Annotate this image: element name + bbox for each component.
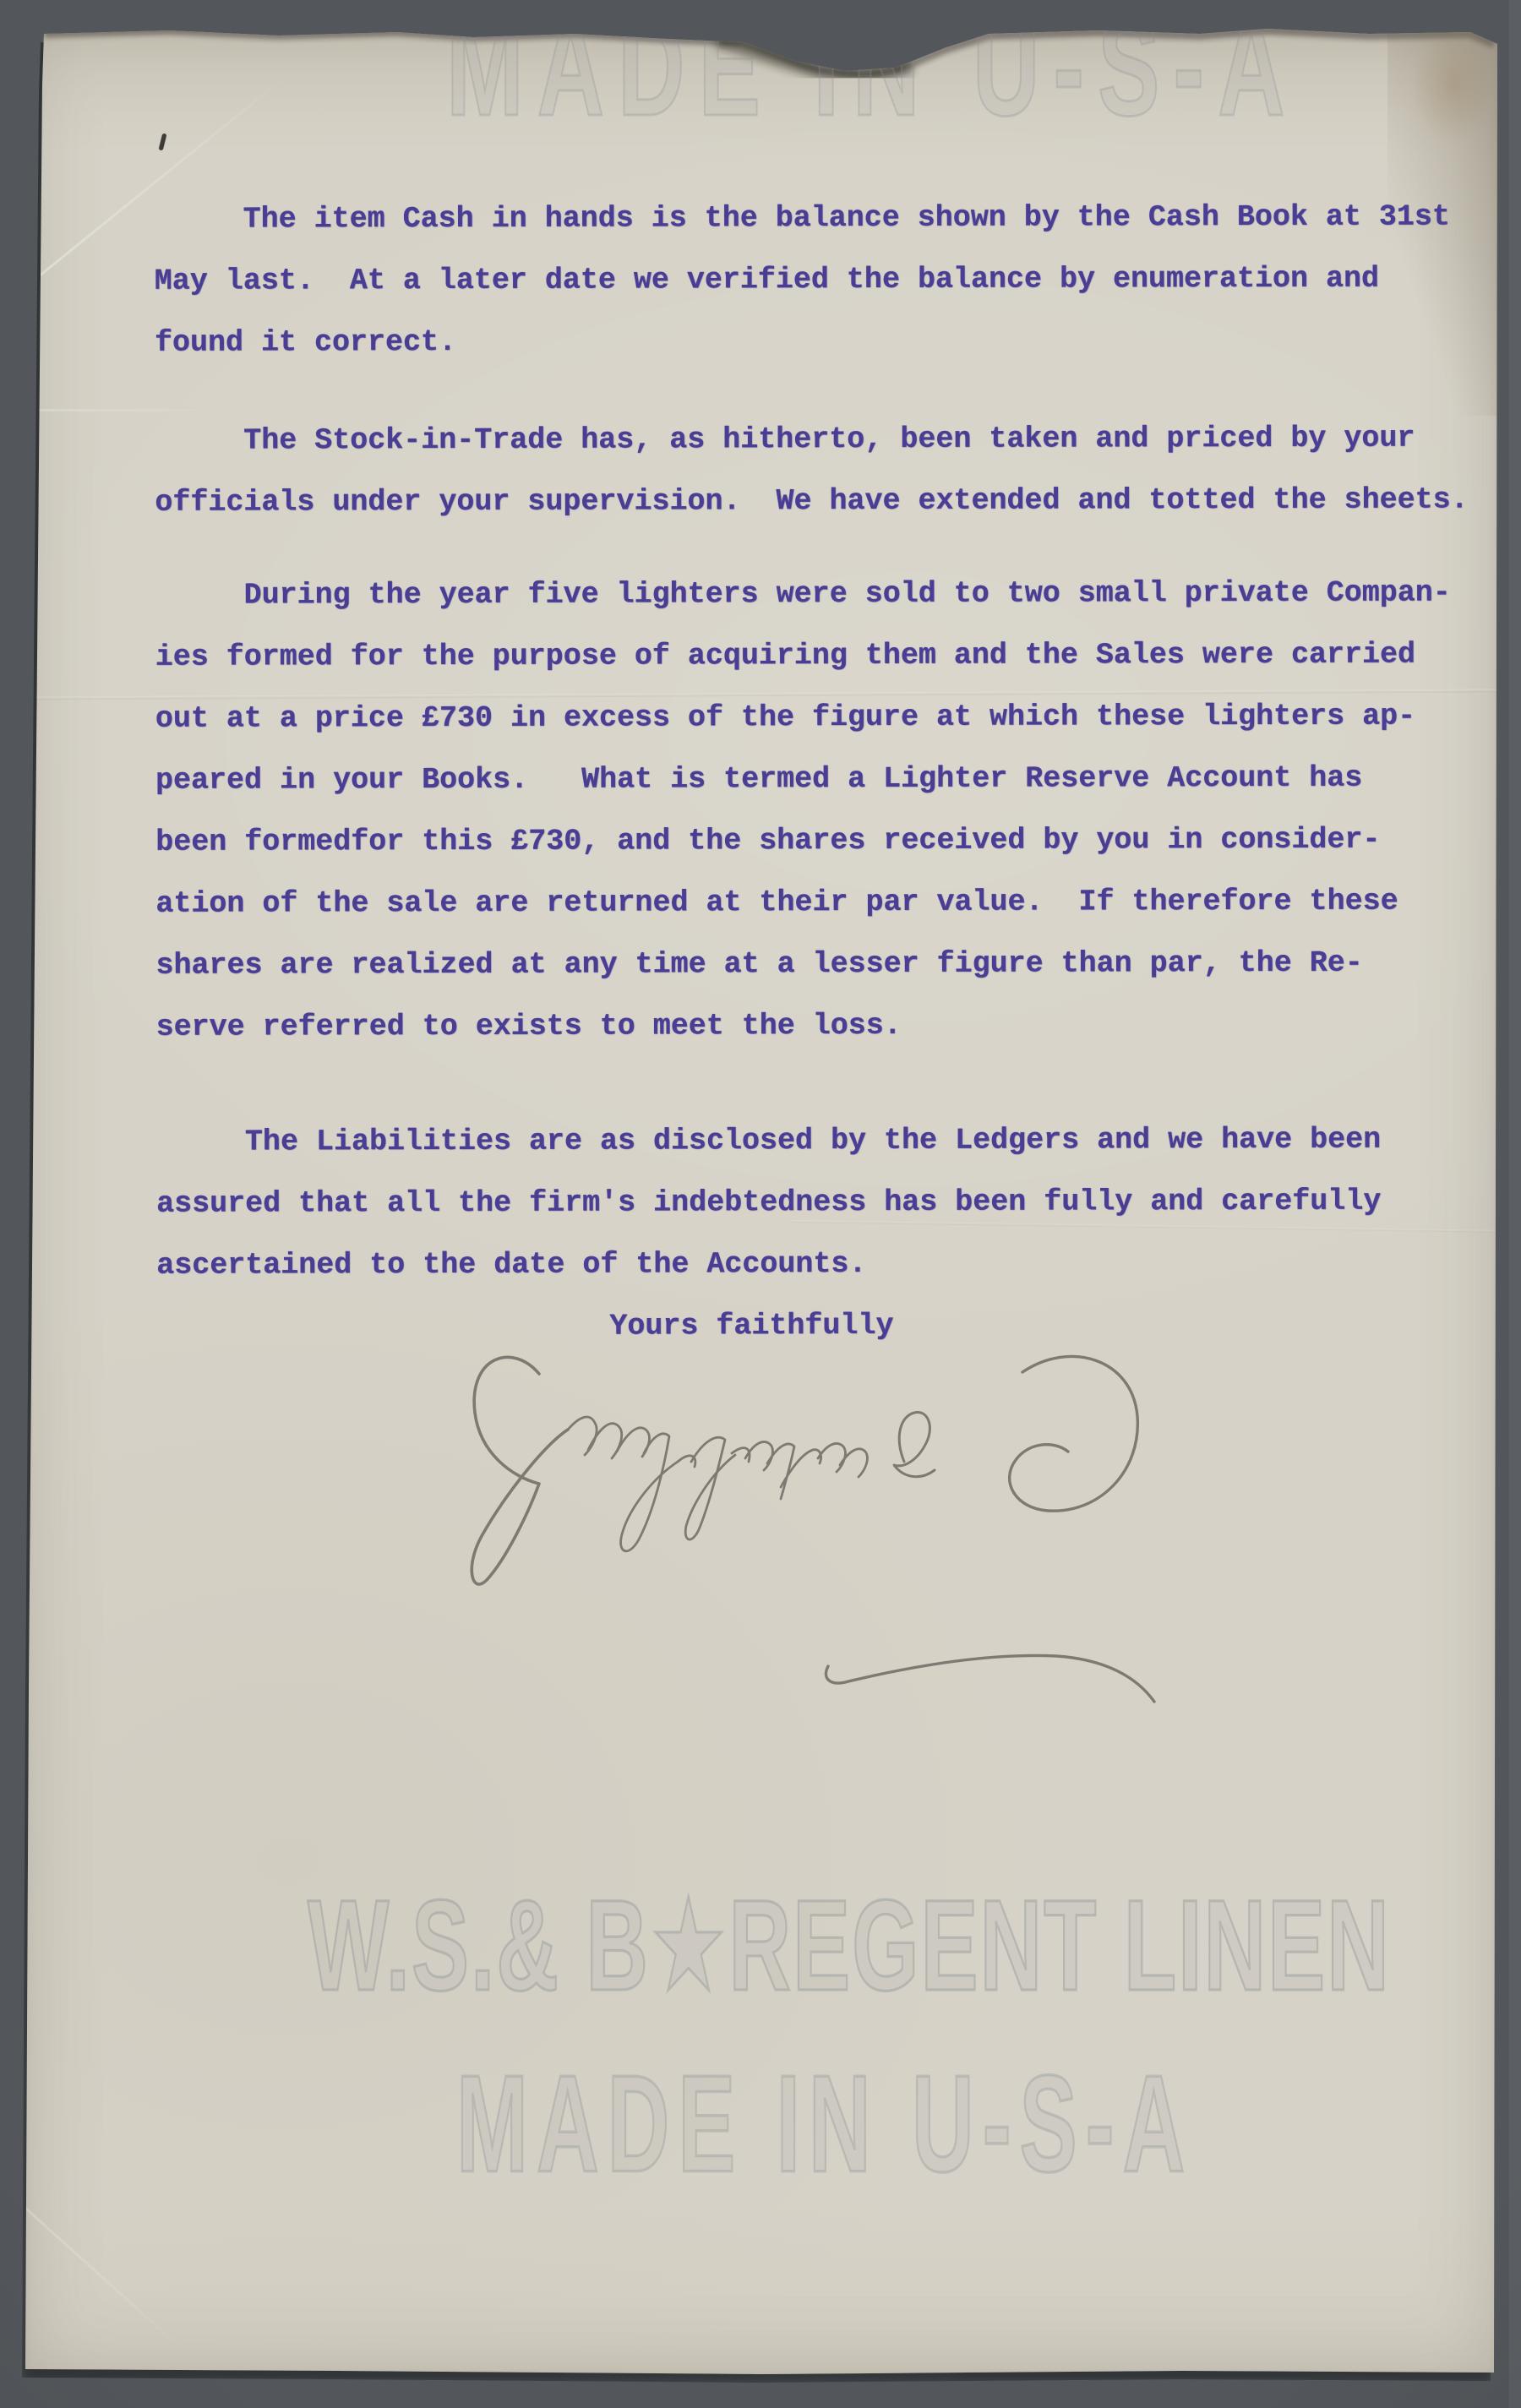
typewritten-line: The Liabilities are as disclosed by the … — [156, 1109, 1521, 1173]
typewritten-line: The Stock-in-Trade has, as hitherto, bee… — [155, 407, 1521, 471]
typewritten-line: assured that all the firm's indebtedness… — [156, 1170, 1521, 1234]
typewritten-line: ies formed for the purpose of acquiring … — [155, 624, 1521, 688]
typewritten-line: ascertained to the date of the Accounts. — [156, 1232, 1521, 1296]
watermark-top: MADE IN U-S-A — [446, 0, 1299, 138]
watermark-bottom-primary: W.S.& B★REGENT LINEN — [308, 1881, 1391, 2010]
typewritten-line: peared in your Books. What is termed a L… — [155, 747, 1521, 811]
paragraph: The item Cash in hands is the balance sh… — [155, 186, 1521, 373]
typewritten-line: out at a price £730 in excess of the fig… — [155, 685, 1521, 749]
typewritten-line: been formedfor this £730, and the shares… — [155, 809, 1521, 873]
typewritten-line: shares are realized at any time at a les… — [155, 932, 1521, 996]
typewritten-line: The item Cash in hands is the balance sh… — [155, 186, 1521, 250]
watermark-bottom-secondary: MADE IN U-S-A — [456, 2055, 1193, 2193]
typewritten-line: May last. At a later date we verified th… — [155, 248, 1521, 312]
paragraph: During the year five lighters were sold … — [155, 562, 1521, 1058]
typewritten-line: serve referred to exists to meet the los… — [156, 994, 1521, 1058]
typewritten-line: officials under your supervision. We hav… — [155, 469, 1521, 533]
crease-line — [6, 2190, 196, 2362]
paragraph: The Stock-in-Trade has, as hitherto, bee… — [155, 407, 1521, 533]
typewritten-line: ation of the sale are returned at their … — [155, 870, 1521, 934]
signature-autograph — [431, 1335, 1225, 1732]
typewritten-line: During the year five lighters were sold … — [155, 562, 1521, 626]
mat-right-edge — [1509, 0, 1521, 2408]
paragraph: The Liabilities are as disclosed by the … — [156, 1109, 1521, 1296]
letter-paper: MADE IN U-S-A The item Cash in hands is … — [24, 27, 1497, 2376]
typewriter-text: The item Cash in hands is the balance sh… — [155, 186, 1521, 1358]
typewritten-line: found it correct. — [155, 309, 1521, 373]
